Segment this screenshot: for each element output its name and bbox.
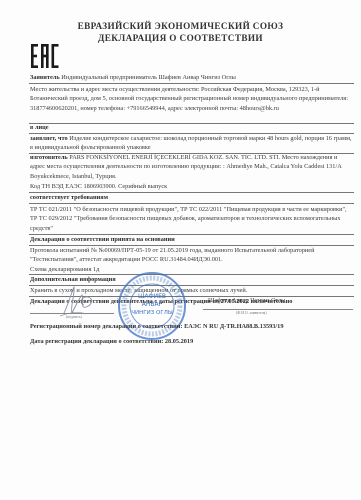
basis-label: Декларация о соответствии принята на осн… xyxy=(30,235,353,244)
in-person-label: в лице xyxy=(30,123,353,132)
applicant-address: Место жительства и адрес места осуществл… xyxy=(30,85,353,113)
eac-mark-icon xyxy=(31,44,59,68)
declares-value: Изделие кондитерское сахаристое: шоколад… xyxy=(30,135,352,151)
basis-value: Протокола испытаний № №00069/ПРТ-05-19 о… xyxy=(30,246,353,265)
manufacturer-code: Код ТН ВЭД ЕАЭС 1806903900. Серийный вып… xyxy=(30,182,353,191)
signature-caption: (подпись) xyxy=(66,315,82,319)
svg-text:ШАФИЕВ: ШАФИЕВ xyxy=(138,293,166,300)
document-title: ДЕКЛАРАЦИЯ О СООТВЕТСТВИИ xyxy=(0,33,361,43)
registration-number-label: Регистрационный номер декларации о соотв… xyxy=(30,323,183,330)
applicant-value: Индивидуальный предприниматель Шафиев Ан… xyxy=(61,74,236,81)
applicant-row: Заявитель Индивидуальный предприниматель… xyxy=(30,73,353,82)
registration-number: ЕАЭС N RU Д-TR.НА88.В.13593/19 xyxy=(184,323,283,330)
declares-row: заявляет, что Изделие кондитерское сахар… xyxy=(30,134,353,153)
registration-date-label: Дата регистрации декларации о соответств… xyxy=(30,338,163,345)
manufacturer-row: изготовитель PARS FONKSİYONEL ENERJİ İÇE… xyxy=(30,153,353,181)
declares-label: заявляет, что xyxy=(30,135,68,142)
manufacturer-label: изготовитель xyxy=(30,154,68,161)
registration-date: 28.05.2019 xyxy=(165,338,193,345)
union-title: ЕВРАЗИЙСКИЙ ЭКОНОМИЧЕСКИЙ СОЮЗ xyxy=(0,21,361,31)
name-caption: (Ф.И.О. заявителя) xyxy=(236,311,267,315)
signatory-name: Шафиев Анвар Чингиз Оглы xyxy=(208,297,285,304)
manufacturer-value: PARS FONKSİYONEL ENERJİ İÇECEKLERİ GIDA … xyxy=(30,154,341,180)
divider xyxy=(29,203,354,204)
requirements-value: ТР ТС 021/2011 "О безопасности пищевой п… xyxy=(30,205,353,233)
applicant-label: Заявитель xyxy=(30,74,60,81)
signature-icon xyxy=(58,283,98,317)
declaration-page: ЕВРАЗИЙСКИЙ ЭКОНОМИЧЕСКИЙ СОЮЗ ДЕКЛАРАЦИ… xyxy=(0,0,361,500)
registration-date-row: Дата регистрации декларации о соответств… xyxy=(30,338,193,345)
svg-text:АНВАР: АНВАР xyxy=(142,301,163,308)
basis-scheme: Схема декларирования 1д xyxy=(30,265,353,274)
seal-stamp-icon: ШАФИЕВ АНВАР ЧИНГИЗ ОГЛЫ xyxy=(117,271,187,341)
name-line xyxy=(203,309,353,310)
registration-number-row: Регистрационный номер декларации о соотв… xyxy=(30,323,283,330)
requirements-label: соответствует требованиям xyxy=(30,193,353,202)
svg-text:ЧИНГИЗ ОГЛЫ: ЧИНГИЗ ОГЛЫ xyxy=(131,310,173,316)
divider xyxy=(29,83,354,84)
signature-line xyxy=(30,313,114,314)
